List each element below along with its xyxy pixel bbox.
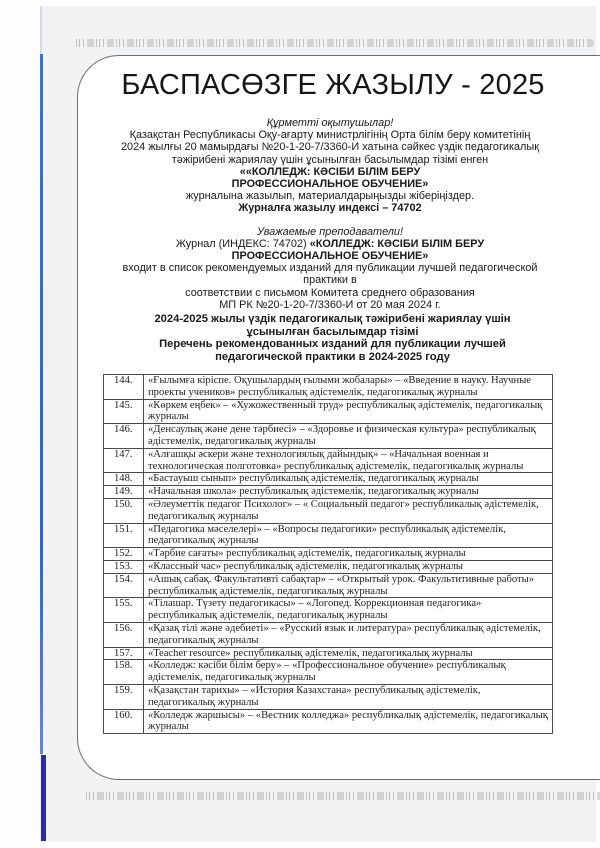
- ru-greeting: Уважаемые преподаватели!: [100, 226, 560, 238]
- table-row: 149.«Начальная школа» республикалық әдіс…: [104, 486, 553, 499]
- publication-title: «Тәрбие сағаты» республикалық әдістемелі…: [144, 548, 553, 561]
- binding-edge-top: [40, 6, 42, 54]
- table-row: 157.«Teacher resource» республикалық әді…: [104, 647, 553, 660]
- ornament-border-bottom-icon: [84, 792, 600, 800]
- binding-edge-blue: [40, 54, 43, 754]
- ru-line-2: соответствии с письмом Комитета среднего…: [100, 287, 560, 299]
- ru-journal-name-2: ПРОФЕССИОНАЛЬНОЕ ОБУЧЕНИЕ»: [100, 250, 560, 262]
- table-row: 145.«Көркем еңбек» – «Хужожественный тру…: [104, 399, 553, 424]
- ru-journal-name-1: «КОЛЛЕДЖ: КӘСІБИ БІЛІМ БЕРУ: [310, 238, 484, 250]
- table-row: 147.«Алғашқы әскери және технологиялық д…: [104, 448, 553, 473]
- row-number: 151.: [104, 523, 144, 548]
- table-row: 151.«Педагогика мәселелері» – «Вопросы п…: [104, 523, 553, 548]
- publications-table: 144.«Ғылымға кіріспе. Оқушылардың ғылыми…: [103, 374, 553, 734]
- publication-title: «Начальная школа» республикалық әдістеме…: [144, 486, 553, 499]
- kz-greeting: Құрметті оқытушылар!: [100, 117, 560, 129]
- ru-line-3: МП РК №20-1-20-7/3360-И от 20 мая 2024 г…: [100, 299, 560, 311]
- row-number: 159.: [104, 684, 144, 709]
- publication-title: «Алғашқы әскери және технологиялық дайын…: [144, 448, 553, 473]
- list-heading-ru-2: педагогической практики в 2024-2025 году: [120, 351, 545, 364]
- row-number: 152.: [104, 548, 144, 561]
- table-row: 150.«Әлеуметтік педагог Психолог» – « Со…: [104, 498, 553, 523]
- table-row: 146.«Денсаулық және дене тәрбиесі» – «Зд…: [104, 424, 553, 449]
- publication-title: «Көркем еңбек» – «Хужожественный труд» р…: [144, 399, 553, 424]
- publication-title: «Денсаулық және дене тәрбиесі» – «Здоров…: [144, 424, 553, 449]
- table-row: 154.«Ашық сабақ. Факультативті сабақтар»…: [104, 573, 553, 598]
- kz-line-2: 2024 жылғы 20 мамырдағы №20-1-20-7/3360-…: [100, 141, 560, 153]
- kz-subscription-index: Журналға жазылу индексі – 74702: [100, 202, 560, 214]
- binding-edge-dark: [41, 755, 46, 841]
- publication-title: «Ашық сабақ. Факультативті сабақтар» – «…: [144, 573, 553, 598]
- page-title: БАСПАСӨЗГЕ ЖАЗЫЛУ - 2025: [77, 69, 589, 102]
- row-number: 149.: [104, 486, 144, 499]
- row-number: 150.: [104, 498, 144, 523]
- table-row: 160.«Колледж жаршысы» – «Вестник колледж…: [104, 709, 553, 734]
- publication-title: «Классный час» республикалық әдістемелік…: [144, 560, 553, 573]
- row-number: 145.: [104, 399, 144, 424]
- row-number: 154.: [104, 573, 144, 598]
- table-row: 153.«Классный час» республикалық әдістем…: [104, 560, 553, 573]
- list-heading-kz-1: 2024-2025 жылы үздік педагогикалық тәжір…: [120, 313, 545, 326]
- publication-title: «Қазақ тілі және әдебиеті» – «Русский яз…: [144, 622, 553, 647]
- publication-title: «Бастауыш сынып» республикалық әдістемел…: [144, 473, 553, 486]
- publication-title: «Тілашар. Түзету педагогикасы» – «Логопе…: [144, 598, 553, 623]
- kz-journal-name-1: ««КОЛЛЕДЖ: КӘСІБИ БІЛІМ БЕРУ: [100, 166, 560, 178]
- table-row: 152.«Тәрбие сағаты» республикалық әдісте…: [104, 548, 553, 561]
- ru-journal-prefix: Журнал (ИНДЕКС: 74702): [176, 238, 310, 250]
- row-number: 146.: [104, 424, 144, 449]
- table-row: 159.«Қазақстан тарихы» – «История Казахс…: [104, 684, 553, 709]
- row-number: 158.: [104, 660, 144, 685]
- kz-journal-name-2: ПРОФЕССИОНАЛЬНОЕ ОБУЧЕНИЕ»: [100, 178, 560, 190]
- publication-title: «Teacher resource» республикалық әдістем…: [144, 647, 553, 660]
- list-heading-kz-2: ұсынылған басылымдар тізімі: [120, 326, 545, 339]
- publication-title: «Әлеуметтік педагог Психолог» – « Социал…: [144, 498, 553, 523]
- row-number: 147.: [104, 448, 144, 473]
- row-number: 157.: [104, 647, 144, 660]
- row-number: 144.: [104, 375, 144, 400]
- table-row: 156.«Қазақ тілі және әдебиеті» – «Русски…: [104, 622, 553, 647]
- ornament-border-top-icon: [74, 39, 594, 47]
- table-row: 158.«Колледж: кәсіби білім беру» – «Проф…: [104, 660, 553, 685]
- row-number: 160.: [104, 709, 144, 734]
- kz-line-4: журналына жазылып, материалдарыңызды жіб…: [100, 190, 560, 202]
- table-row: 144.«Ғылымға кіріспе. Оқушылардың ғылыми…: [104, 375, 553, 400]
- row-number: 155.: [104, 598, 144, 623]
- publication-title: «Қазақстан тарихы» – «История Казахстана…: [144, 684, 553, 709]
- ru-journal-line-1: Журнал (ИНДЕКС: 74702) «КОЛЛЕДЖ: КӘСІБИ …: [100, 238, 560, 250]
- list-heading: 2024-2025 жылы үздік педагогикалық тәжір…: [120, 313, 545, 363]
- row-number: 156.: [104, 622, 144, 647]
- list-heading-ru-1: Перечень рекомендованных изданий для пуб…: [120, 338, 545, 351]
- kz-line-3: тәжірибені жариялау үшін ұсынылған басыл…: [100, 154, 560, 166]
- intro-text: Құрметті оқытушылар! Қазақстан Республик…: [100, 117, 560, 311]
- row-number: 148.: [104, 473, 144, 486]
- table-row: 148.«Бастауыш сынып» республикалық әдіст…: [104, 473, 553, 486]
- row-number: 153.: [104, 560, 144, 573]
- publication-title: «Ғылымға кіріспе. Оқушылардың ғылыми жоб…: [144, 375, 553, 400]
- ru-line-1: входит в список рекомендуемых изданий дл…: [100, 262, 560, 286]
- publication-title: «Педагогика мәселелері» – «Вопросы педаг…: [144, 523, 553, 548]
- publication-title: «Колледж жаршысы» – «Вестник колледжа» р…: [144, 709, 553, 734]
- publication-title: «Колледж: кәсіби білім беру» – «Професси…: [144, 660, 553, 685]
- table-row: 155.«Тілашар. Түзету педагогикасы» – «Ло…: [104, 598, 553, 623]
- kz-line-1: Қазақстан Республикасы Оқу-ағарту минист…: [100, 129, 560, 141]
